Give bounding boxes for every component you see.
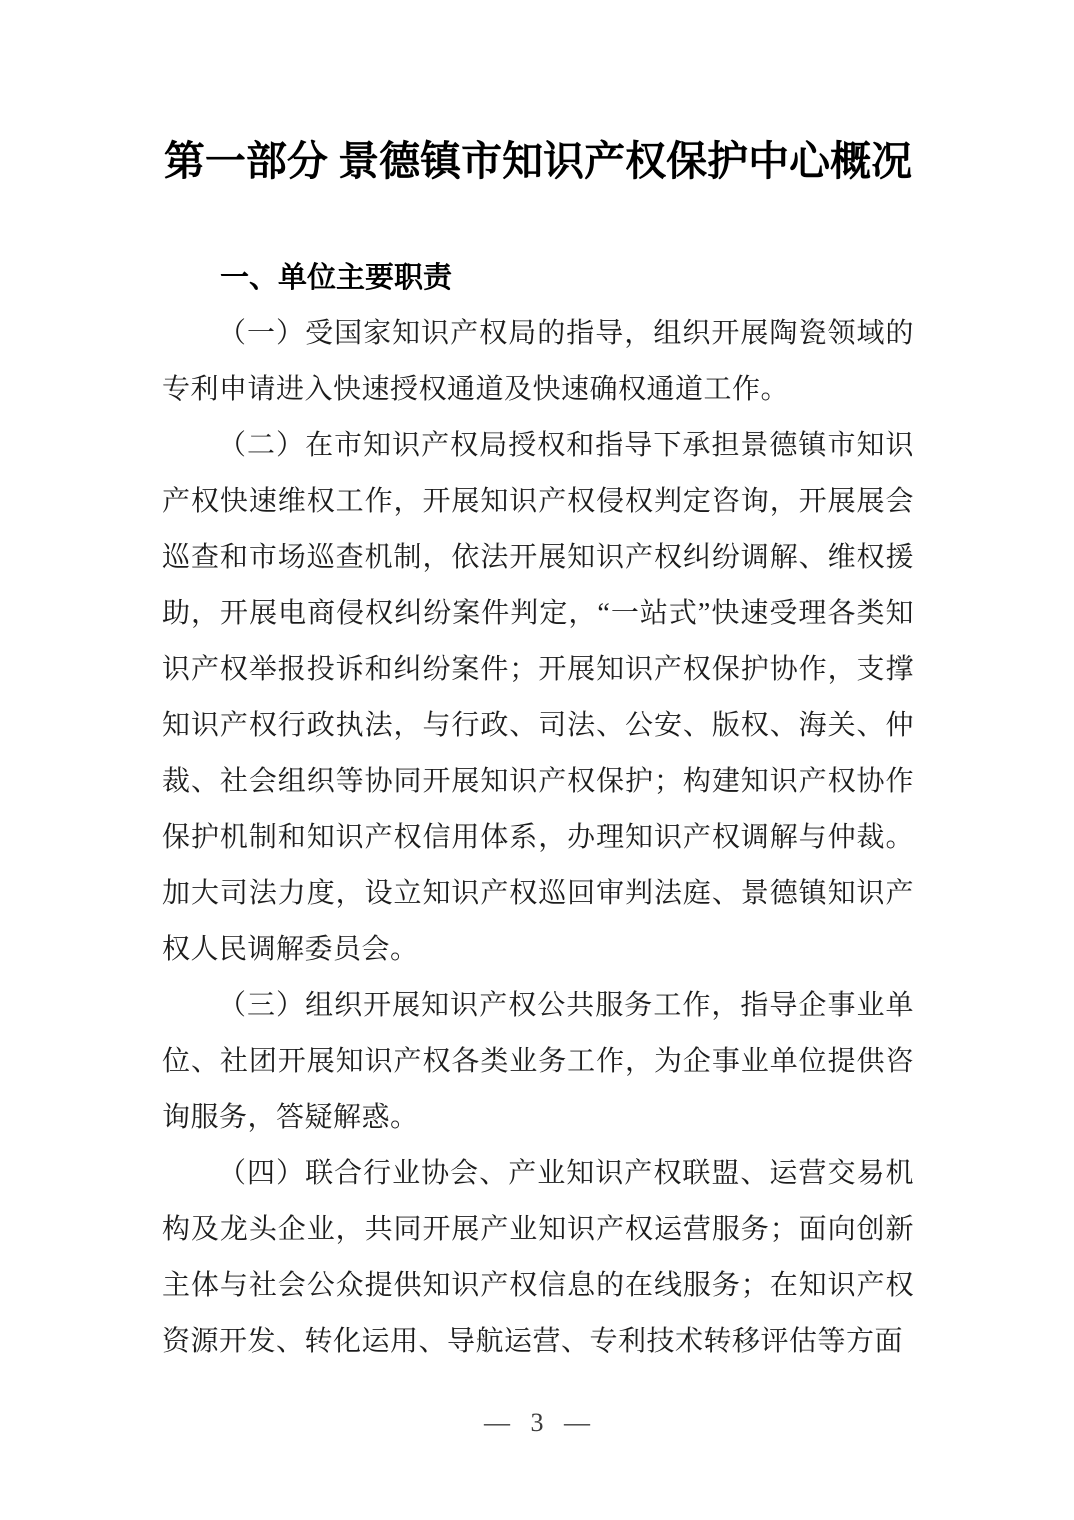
body-paragraph-3: （三）组织开展知识产权公共服务工作，指导企事业单位、社团开展知识产权各类业务工作… <box>162 978 914 1146</box>
body-paragraph-4: （四）联合行业协会、产业知识产权联盟、运营交易机构及龙头企业，共同开展产业知识产… <box>162 1146 914 1370</box>
body-paragraph-2: （二）在市知识产权局授权和指导下承担景德镇市知识产权快速维权工作，开展知识产权侵… <box>162 418 914 978</box>
document-content: 第一部分 景德镇市知识产权保护中心概况 一、单位主要职责 （一）受国家知识产权局… <box>162 126 914 1370</box>
section-heading: 一、单位主要职责 <box>162 250 914 306</box>
page-number: — 3 — <box>0 1403 1074 1443</box>
document-title: 第一部分 景德镇市知识产权保护中心概况 <box>162 126 914 196</box>
document-page: 第一部分 景德镇市知识产权保护中心概况 一、单位主要职责 （一）受国家知识产权局… <box>0 0 1074 1520</box>
body-paragraph-1: （一）受国家知识产权局的指导，组织开展陶瓷领域的专利申请进入快速授权通道及快速确… <box>162 306 914 418</box>
